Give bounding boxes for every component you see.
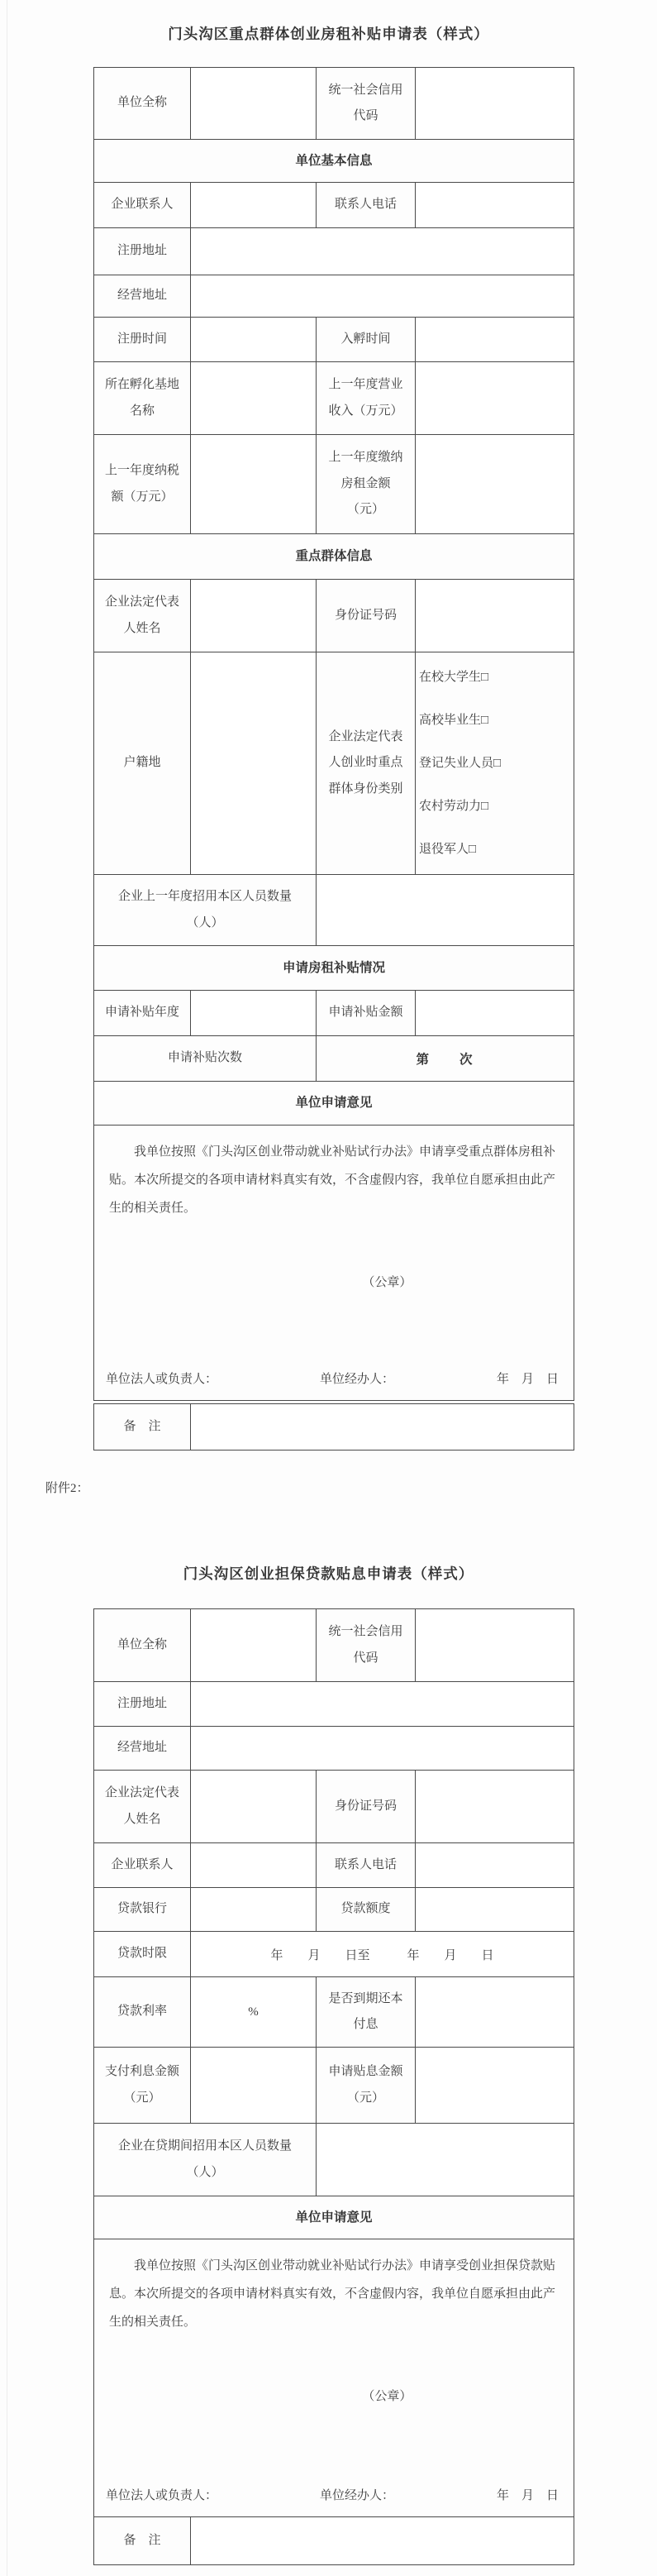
subsidy-amount-value xyxy=(416,991,574,1036)
subsidy-year-value xyxy=(191,991,317,1036)
loan-amount-value xyxy=(416,1888,574,1932)
company-name-value xyxy=(191,1609,317,1682)
legal-person-sign-label: 单位法人或负责人： xyxy=(106,1369,217,1387)
hukou-label: 户籍地 xyxy=(94,652,191,875)
loan-rate-label: 贷款利率 xyxy=(94,1977,191,2048)
rent-subsidy-form-table: 单位全称 统一社会信用 代码 单位基本信息 企业联系人 联系人电话 注册地址 经… xyxy=(93,67,574,1401)
id-number-value xyxy=(416,580,574,652)
signature-row: 单位法人或负责人： 单位经办人： 年 月 日 xyxy=(106,1369,559,1387)
legal-rep-value xyxy=(191,1771,317,1843)
remark-value xyxy=(191,1404,574,1450)
declaration-text: 我单位按照《门头沟区创业带动就业补贴试行办法》申请享受创业担保贷款贴息。本次所提… xyxy=(98,2241,570,2336)
last-year-tax-value xyxy=(191,435,317,534)
reg-time-value xyxy=(191,318,317,362)
interest-paid-label: 支付利息金额 （元） xyxy=(94,2048,191,2124)
biz-addr-label: 经营地址 xyxy=(94,275,191,318)
identity-option-rural-labor: 农村劳动力□ xyxy=(419,785,570,828)
contact-phone-label: 联系人电话 xyxy=(317,1843,416,1888)
loan-term-value: 年 月 日至 年 月 日 xyxy=(191,1932,574,1977)
page-edge-line xyxy=(7,0,7,2576)
uscc-value xyxy=(416,68,574,140)
legal-person-sign-label: 单位法人或负责人： xyxy=(106,2486,217,2503)
subsidy-amount-label: 申请补贴金额 xyxy=(317,991,416,1036)
interest-paid-value xyxy=(191,2048,317,2124)
id-number-value xyxy=(416,1771,574,1843)
contact-phone-value xyxy=(416,183,574,228)
handler-sign-label: 单位经办人： xyxy=(320,1369,394,1387)
section-basic-info: 单位基本信息 xyxy=(94,140,574,183)
reg-addr-label: 注册地址 xyxy=(94,228,191,275)
identity-option-unemployed: 登记失业人员□ xyxy=(419,742,570,785)
incubate-time-label: 入孵时间 xyxy=(317,318,416,362)
loan-amount-label: 贷款额度 xyxy=(317,1888,416,1932)
reg-time-label: 注册时间 xyxy=(94,318,191,362)
subsidy-times-value: 第 次 xyxy=(317,1036,574,1082)
reg-addr-value xyxy=(191,1682,574,1727)
company-name-label: 单位全称 xyxy=(94,1609,191,1682)
loan-bank-label: 贷款银行 xyxy=(94,1888,191,1932)
last-year-rent-value xyxy=(416,435,574,534)
repay-due-label: 是否到期还本 付息 xyxy=(317,1977,416,2048)
last-year-tax-label: 上一年度纳税 额（万元） xyxy=(94,435,191,534)
subsidy-times-label: 申请补贴次数 xyxy=(94,1036,317,1082)
legal-rep-label: 企业法定代表 人姓名 xyxy=(94,1771,191,1843)
contact-value xyxy=(191,1843,317,1888)
contact-phone-value xyxy=(416,1843,574,1888)
identity-category-label: 企业法定代表 人创业时重点 群体身份类别 xyxy=(317,652,416,875)
date-sign-label: 年 月 日 xyxy=(497,2486,559,2503)
interest-apply-value xyxy=(416,2048,574,2124)
declaration-cell: 我单位按照《门头沟区创业带动就业补贴试行办法》申请享受创业担保贷款贴息。本次所提… xyxy=(94,2239,574,2517)
remark-value xyxy=(191,2517,574,2565)
reg-addr-label: 注册地址 xyxy=(94,1682,191,1727)
last-year-rent-label: 上一年度缴纳 房租金额 （元） xyxy=(317,435,416,534)
reg-addr-value xyxy=(191,228,574,275)
hired-count-value xyxy=(317,875,574,946)
form1-title: 门头沟区重点群体创业房租补贴申请表（样式） xyxy=(0,23,657,44)
signature-row: 单位法人或负责人： 单位经办人： 年 月 日 xyxy=(106,2486,559,2503)
document-page: 门头沟区重点群体创业房租补贴申请表（样式） 单位全称 统一社会信用 代码 单位基… xyxy=(0,0,657,2576)
identity-option-graduate: 高校毕业生□ xyxy=(419,699,570,742)
hired-count-label: 企业上一年度招用本区人员数量 （人） xyxy=(94,875,317,946)
section-key-group-info: 重点群体信息 xyxy=(94,534,574,580)
contact-label: 企业联系人 xyxy=(94,1843,191,1888)
biz-addr-value xyxy=(191,275,574,318)
id-number-label: 身份证号码 xyxy=(317,1771,416,1843)
last-year-revenue-label: 上一年度营业 收入（万元） xyxy=(317,362,416,435)
incubate-time-value xyxy=(416,318,574,362)
date-sign-label: 年 月 日 xyxy=(497,1369,559,1387)
identity-option-veteran: 退役军人□ xyxy=(419,828,570,871)
last-year-revenue-value xyxy=(416,362,574,435)
handler-sign-label: 单位经办人： xyxy=(320,2486,394,2503)
contact-label: 企业联系人 xyxy=(94,183,191,228)
section-unit-opinion: 单位申请意见 xyxy=(94,2196,574,2239)
company-name-label: 单位全称 xyxy=(94,68,191,140)
incubator-name-value xyxy=(191,362,317,435)
uscc-value xyxy=(416,1609,574,1682)
section-apply-rent-subsidy: 申请房租补贴情况 xyxy=(94,946,574,991)
form2-title: 门头沟区创业担保贷款贴息申请表（样式） xyxy=(0,1563,657,1584)
biz-addr-value xyxy=(191,1727,574,1771)
rent-subsidy-remark-table: 备 注 xyxy=(93,1403,574,1450)
loan-term-label: 贷款时限 xyxy=(94,1932,191,1977)
loan-rate-value: % xyxy=(191,1977,317,2048)
identity-option-college-student: 在校大学生□ xyxy=(419,656,570,699)
section-unit-opinion: 单位申请意见 xyxy=(94,1082,574,1126)
legal-rep-value xyxy=(191,580,317,652)
legal-rep-label: 企业法定代表 人姓名 xyxy=(94,580,191,652)
remark-label: 备 注 xyxy=(94,1404,191,1450)
biz-addr-label: 经营地址 xyxy=(94,1727,191,1771)
interest-apply-label: 申请贴息金额 （元） xyxy=(317,2048,416,2124)
uscc-label: 统一社会信用 代码 xyxy=(317,1609,416,1682)
hired-during-loan-label: 企业在贷期间招用本区人员数量 （人） xyxy=(94,2124,317,2196)
loan-bank-value xyxy=(191,1888,317,1932)
incubator-name-label: 所在孵化基地 名称 xyxy=(94,362,191,435)
repay-due-value xyxy=(416,1977,574,2048)
identity-options-cell: 在校大学生□ 高校毕业生□ 登记失业人员□ 农村劳动力□ 退役军人□ xyxy=(416,652,574,875)
seal-label: （公章） xyxy=(362,2387,412,2404)
attachment-2-label: 附件2： xyxy=(45,1479,89,1496)
loan-interest-form-table: 单位全称 统一社会信用 代码 注册地址 经营地址 企业法定代表 人姓名 身份证号… xyxy=(93,1608,574,2565)
id-number-label: 身份证号码 xyxy=(317,580,416,652)
subsidy-year-label: 申请补贴年度 xyxy=(94,991,191,1036)
declaration-text: 我单位按照《门头沟区创业带动就业补贴试行办法》申请享受重点群体房租补贴。本次所提… xyxy=(98,1127,570,1222)
seal-label: （公章） xyxy=(362,1273,412,1290)
contact-phone-label: 联系人电话 xyxy=(317,183,416,228)
uscc-label: 统一社会信用 代码 xyxy=(317,68,416,140)
company-name-value xyxy=(191,68,317,140)
remark-label: 备 注 xyxy=(94,2517,191,2565)
declaration-cell: 我单位按照《门头沟区创业带动就业补贴试行办法》申请享受重点群体房租补贴。本次所提… xyxy=(94,1126,574,1401)
hired-during-loan-value xyxy=(317,2124,574,2196)
hukou-value xyxy=(191,652,317,875)
contact-value xyxy=(191,183,317,228)
